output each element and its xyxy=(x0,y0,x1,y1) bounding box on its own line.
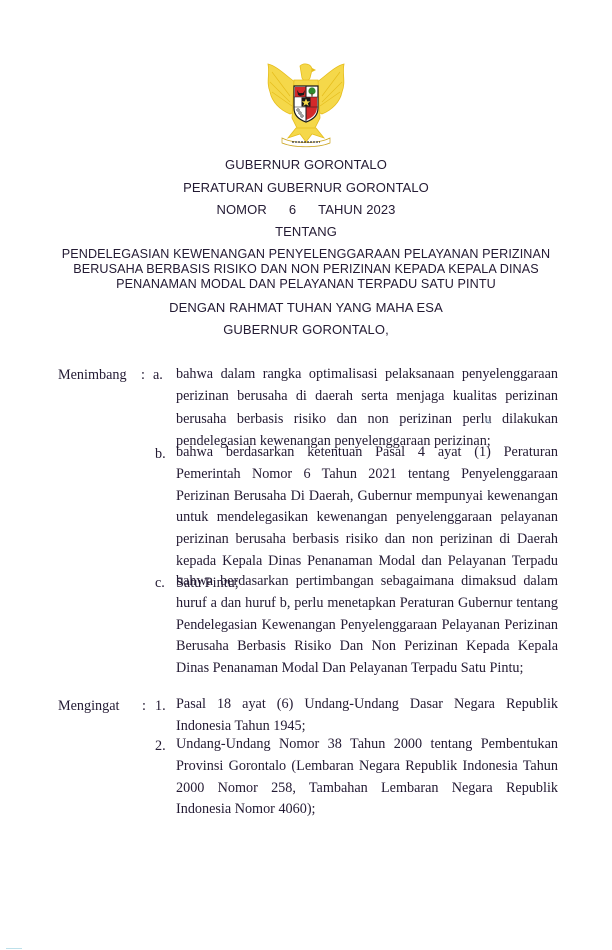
mengingat-item-2: Undang-Undang Nomor 38 Tahun 2000 tentan… xyxy=(176,734,558,821)
item-marker: b. xyxy=(155,446,166,463)
regulation-title: PERATURAN GUBERNUR GORONTALO xyxy=(0,180,612,195)
pen-mark-icon: ✎ xyxy=(484,420,493,426)
menimbang-item-c: bahwa berdasarkan pertimbangan sebagaima… xyxy=(176,571,558,680)
regulation-number-line: NOMOR6TAHUN 2023 xyxy=(0,202,612,217)
item-marker: 2. xyxy=(155,738,166,755)
garuda-emblem-icon xyxy=(260,60,352,148)
document-page: GUBERNUR GORONTALO PERATURAN GUBERNUR GO… xyxy=(0,0,612,950)
regulation-number: 6 xyxy=(289,202,296,217)
signatory-heading: GUBERNUR GORONTALO, xyxy=(0,322,612,337)
mengingat-colon: : xyxy=(142,698,146,715)
subject-line: PENDELEGASIAN KEWENANGAN PENYELENGGARAAN… xyxy=(0,247,612,262)
scan-artifact xyxy=(6,948,22,949)
menimbang-item-a: bahwa dalam rangka optimalisasi pelaksan… xyxy=(176,363,558,453)
regulation-year: TAHUN 2023 xyxy=(318,202,395,217)
mengingat-item-1: Pasal 18 ayat (6) Undang-Undang Dasar Ne… xyxy=(176,694,558,738)
subject-line: BERUSAHA BERBASIS RISIKO DAN NON PERIZIN… xyxy=(0,262,612,277)
item-marker: 1. xyxy=(155,698,166,715)
issuer-heading: GUBERNUR GORONTALO xyxy=(0,157,612,172)
menimbang-colon: : xyxy=(141,367,145,384)
regulation-subject: PENDELEGASIAN KEWENANGAN PENYELENGGARAAN… xyxy=(0,247,612,292)
mengingat-label: Mengingat xyxy=(58,698,119,715)
item-marker: c. xyxy=(155,575,165,592)
menimbang-label: Menimbang xyxy=(58,367,127,384)
item-marker: a. xyxy=(153,367,163,384)
invocation: DENGAN RAHMAT TUHAN YANG MAHA ESA xyxy=(0,300,612,315)
about-label: TENTANG xyxy=(0,224,612,239)
subject-line: PENANAMAN MODAL DAN PELAYANAN TERPADU SA… xyxy=(0,277,612,292)
number-label: NOMOR xyxy=(216,202,266,217)
